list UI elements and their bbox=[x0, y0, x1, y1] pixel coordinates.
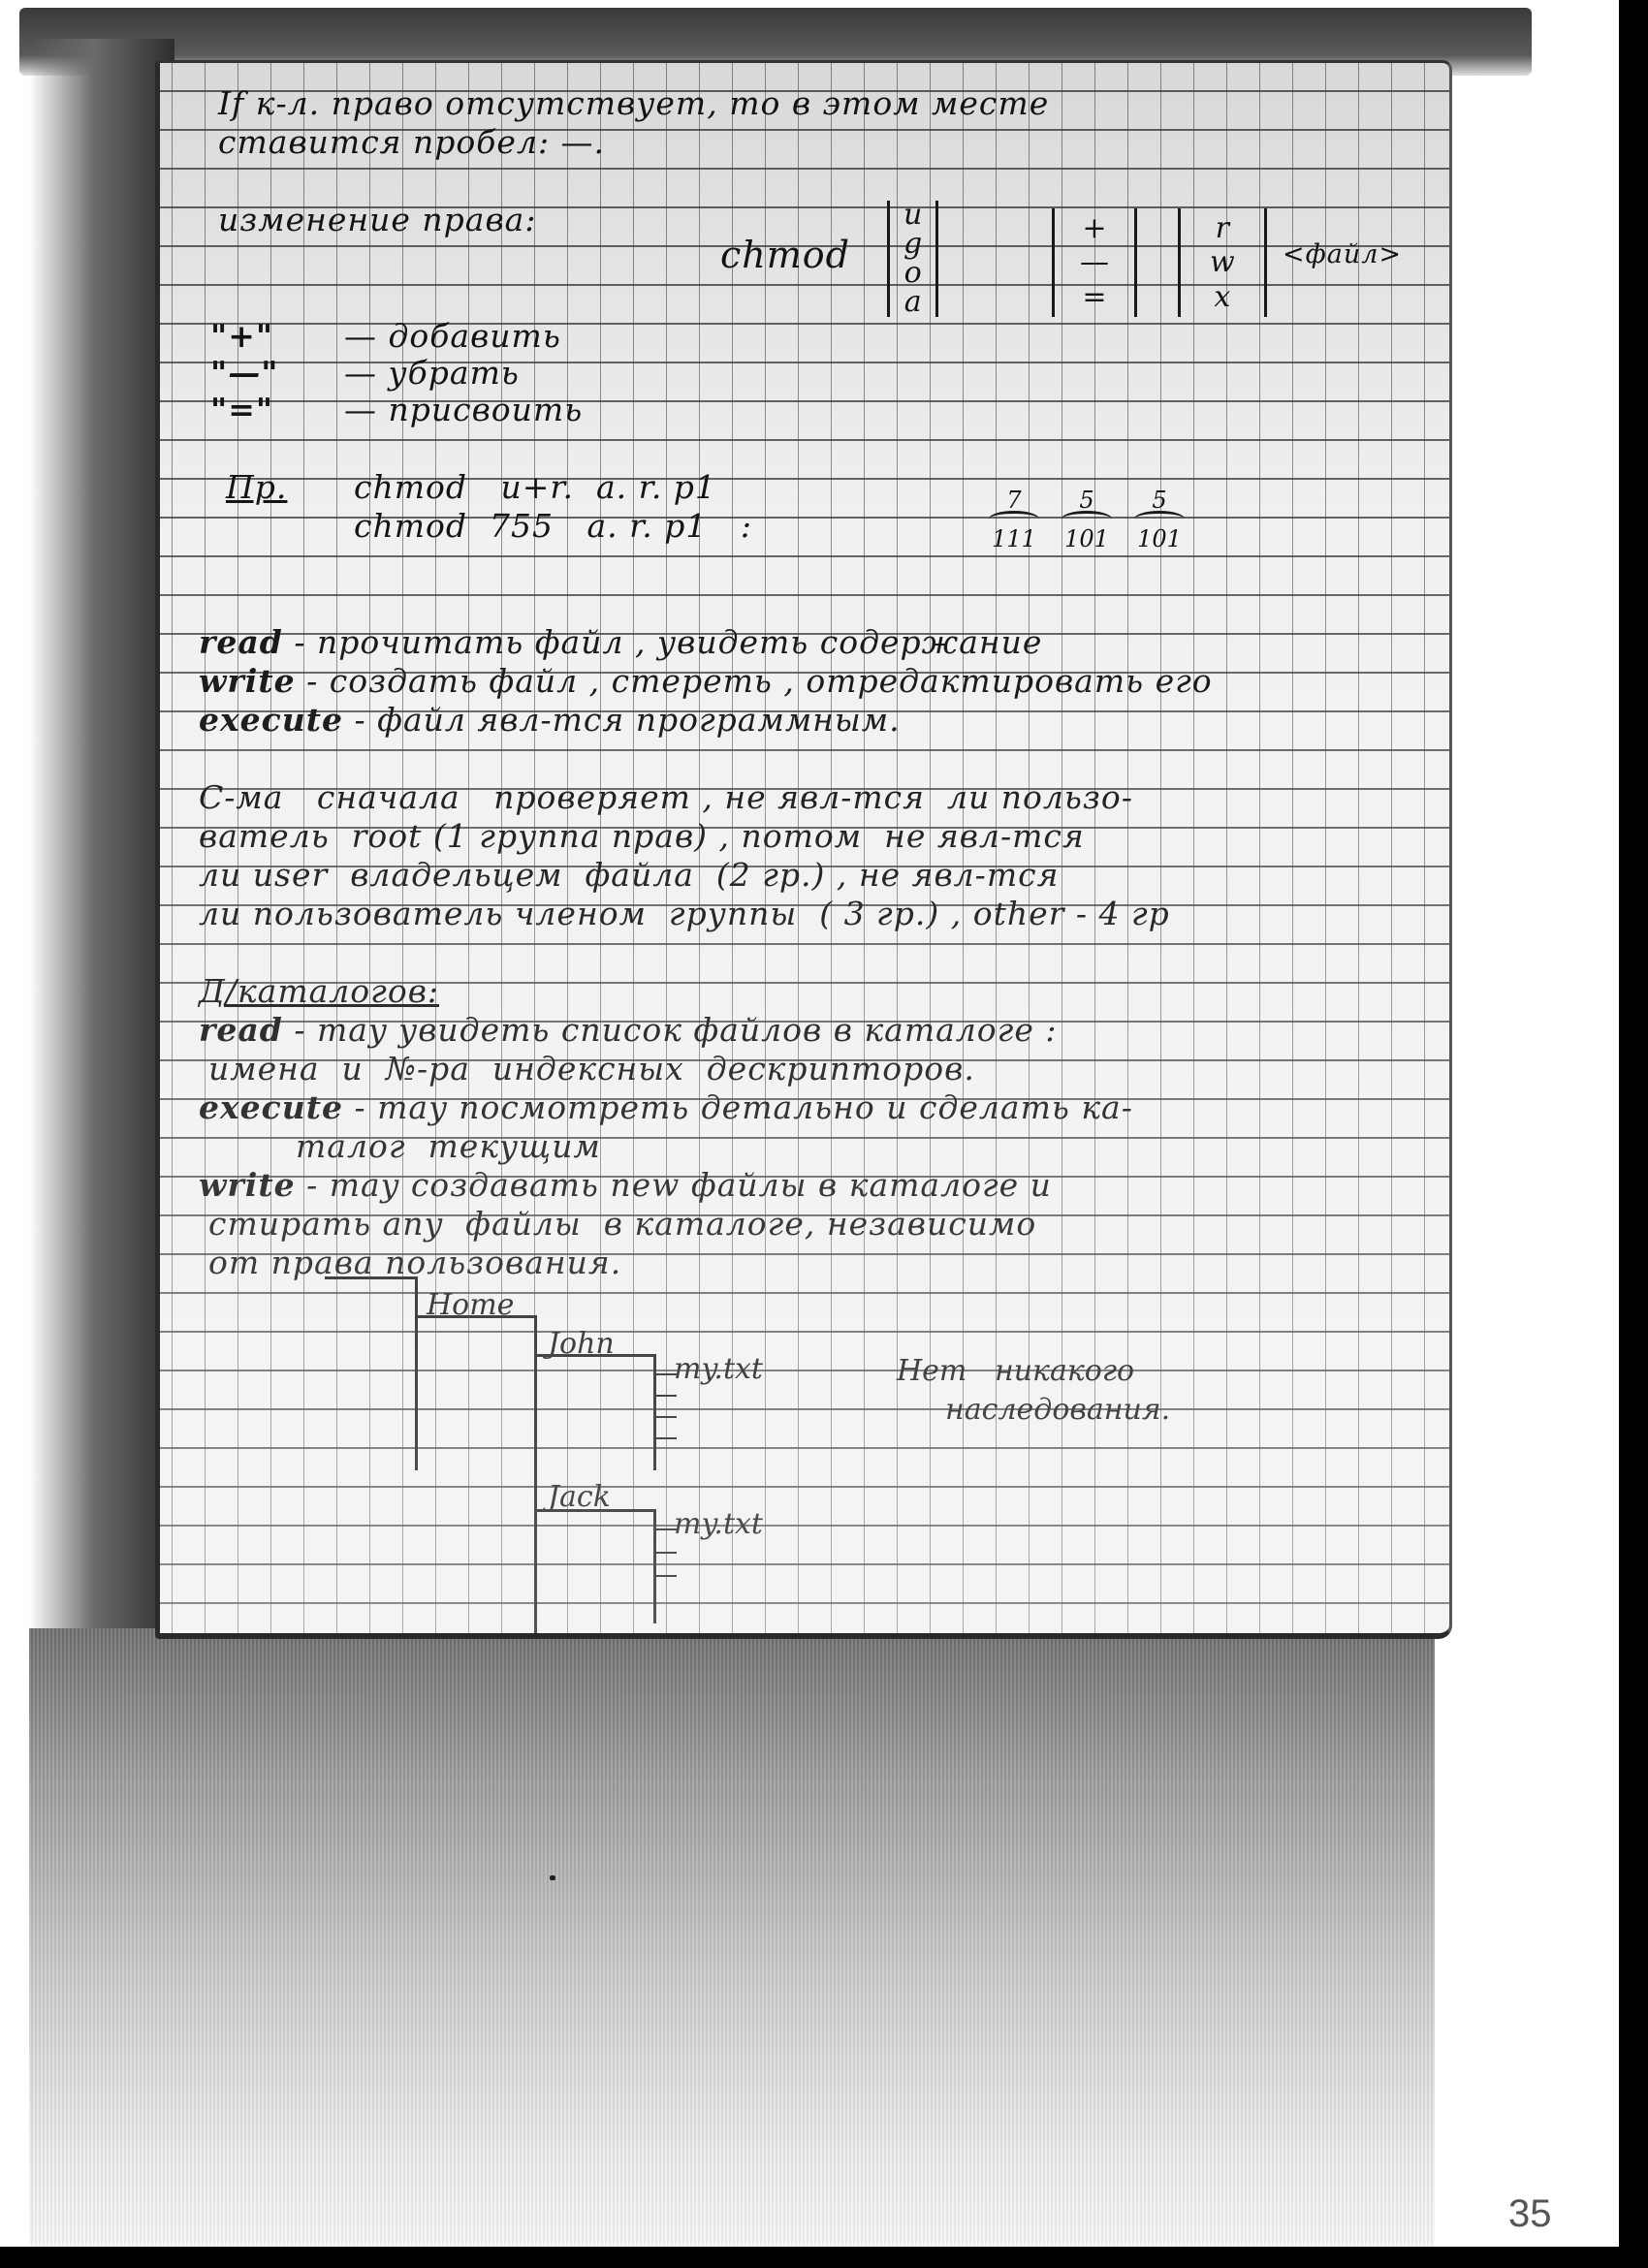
no-inheritance-note-line-1: Нет никакого bbox=[897, 1354, 1134, 1388]
scan-edge-bottom bbox=[0, 2247, 1648, 2268]
chmod-syntax-label: изменение права: bbox=[218, 201, 536, 239]
octal-group-group: 5 101 bbox=[1062, 489, 1112, 551]
file-perm-write-term: write bbox=[199, 662, 296, 700]
dir-perm-execute: execute - may посмотреть детально и сдел… bbox=[199, 1088, 1133, 1127]
perm-w: w bbox=[1210, 248, 1235, 277]
dir-perm-read-term: read bbox=[199, 1011, 283, 1049]
op-plus: + bbox=[1082, 214, 1106, 243]
directory-heading: Д/каталогов: bbox=[199, 972, 439, 1011]
who-g: g bbox=[903, 230, 922, 259]
op-assign: = bbox=[1082, 283, 1106, 312]
legend-symbol-assign: "=" bbox=[210, 391, 327, 429]
perm-bracket: r w x bbox=[1178, 208, 1267, 317]
scan-shadow-left bbox=[29, 39, 174, 1628]
operator-bracket: + — = bbox=[1052, 208, 1137, 317]
dir-perm-execute-line-2: талог текущим bbox=[296, 1127, 601, 1166]
no-inheritance-note-line-2: наследования. bbox=[945, 1393, 1170, 1427]
legend-meaning-assign: — присвоить bbox=[344, 391, 583, 429]
notebook-sheet: If к-л. право отсутствует, то в этом мес… bbox=[155, 60, 1452, 1639]
tree-file-john-mytxt: my.txt bbox=[674, 1352, 763, 1386]
octal-group-user: 7 111 bbox=[989, 489, 1039, 551]
dir-perm-read-line-2: имена и №-ра индексных дескрипторов. bbox=[208, 1050, 975, 1088]
example-line-1: chmod u+r. a. r. p1 bbox=[354, 468, 716, 507]
op-minus: — bbox=[1080, 248, 1109, 277]
examples-label: Пр. bbox=[226, 468, 287, 507]
system-check-line-2: ватель root (1 группа прав) , потом не я… bbox=[199, 817, 1085, 856]
file-perm-execute-text: - файл явл-тся программным. bbox=[355, 701, 901, 739]
dir-perm-write-term: write bbox=[199, 1166, 296, 1204]
page-number: 35 bbox=[1508, 2192, 1552, 2236]
file-perm-read-term: read bbox=[199, 623, 283, 661]
chmod-target: <файл> bbox=[1283, 236, 1402, 274]
file-perm-read-text: - прочитать файл , увидеть содержание bbox=[294, 623, 1042, 661]
system-check-line-1: С-ма сначала проверяет , не явл-тся ли п… bbox=[199, 778, 1133, 817]
file-perm-read: read - прочитать файл , увидеть содержан… bbox=[199, 623, 1042, 662]
system-check-line-3: ли user владельцем файла (2 гр.) , не яв… bbox=[199, 856, 1059, 895]
scan-edge-right bbox=[1619, 0, 1648, 2268]
file-perm-execute-term: execute bbox=[199, 701, 343, 739]
dir-perm-read: read - may увидеть список файлов в катал… bbox=[199, 1011, 1057, 1050]
legend-symbol-plus: "+" bbox=[210, 317, 327, 356]
file-perm-execute: execute - файл явл-тся программным. bbox=[199, 701, 901, 740]
octal-group-other: 5 101 bbox=[1134, 489, 1185, 551]
file-perm-write-text: - создать файл , стереть , отредактирова… bbox=[306, 662, 1213, 700]
legend-meaning-plus: — добавить bbox=[344, 317, 561, 356]
file-perm-write: write - создать файл , стереть , отредак… bbox=[199, 662, 1213, 701]
scan-speck bbox=[550, 1875, 555, 1880]
dir-perm-write-line-1: - may создавать new файлы в каталоге и bbox=[306, 1166, 1052, 1204]
tree-file-jack-mytxt: my.txt bbox=[674, 1507, 763, 1541]
perm-r: r bbox=[1216, 214, 1229, 243]
dir-perm-execute-line-1: - may посмотреть детально и сделать ка- bbox=[355, 1088, 1133, 1126]
who-a: a bbox=[904, 288, 922, 317]
legend-meaning-minus: — убрать bbox=[344, 354, 520, 393]
perm-x: x bbox=[1214, 283, 1230, 312]
who-bracket: u g o a bbox=[887, 201, 938, 317]
intro-line-2: ставится пробел: —. bbox=[218, 123, 605, 162]
legend-symbol-minus: "—" bbox=[210, 354, 327, 393]
example-line-2: chmod 755 a. r. p1 : bbox=[354, 507, 752, 546]
scan-shadow-bottom bbox=[29, 1628, 1435, 2249]
dir-perm-write-line-2: стирать any файлы в каталоге, независимо bbox=[208, 1205, 1036, 1244]
dir-perm-execute-term: execute bbox=[199, 1088, 343, 1126]
chmod-command: chmod bbox=[720, 236, 850, 274]
dir-perm-read-line-1: - may увидеть список файлов в каталоге : bbox=[294, 1011, 1057, 1049]
who-o: o bbox=[904, 259, 922, 288]
dir-perm-write: write - may создавать new файлы в катало… bbox=[199, 1166, 1052, 1205]
who-u: u bbox=[903, 201, 922, 230]
system-check-line-4: ли пользователь членом группы ( 3 гр.) ,… bbox=[199, 895, 1170, 933]
intro-line-1: If к-л. право отсутствует, то в этом мес… bbox=[218, 84, 1049, 123]
